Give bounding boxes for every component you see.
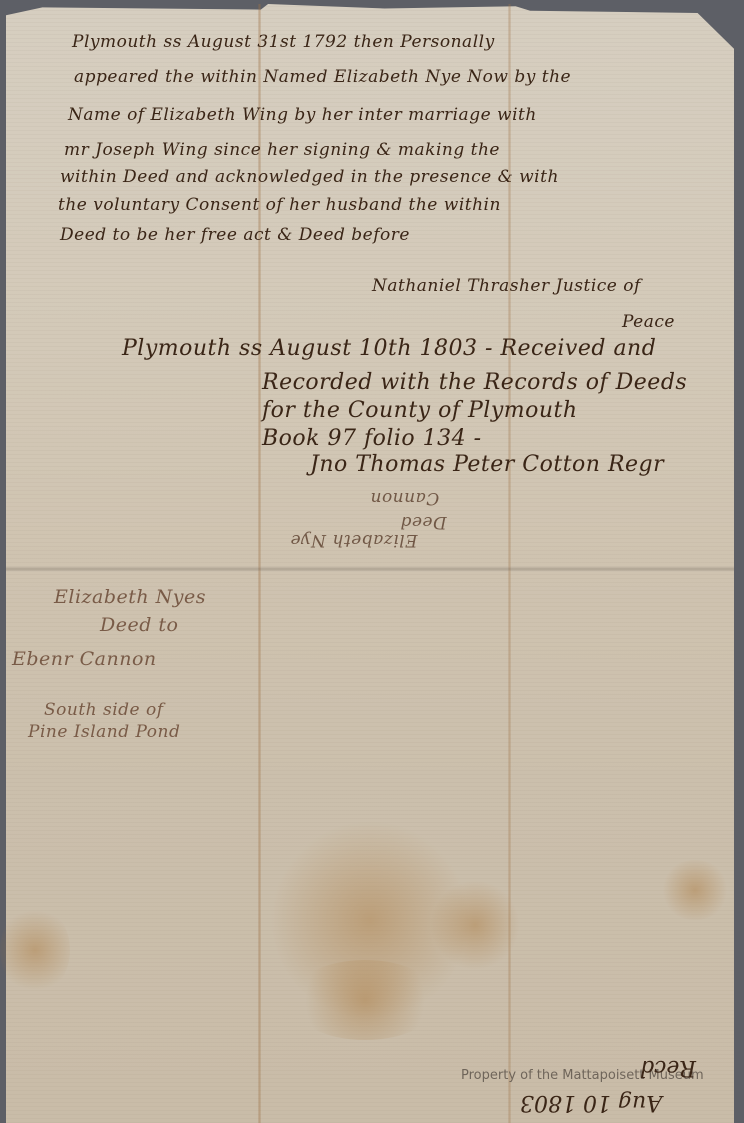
docket-line: Deed to [100, 614, 179, 636]
docket-line: Ebenr Cannon [12, 648, 157, 670]
justice-signature: Nathaniel Thrasher Justice of [372, 276, 641, 296]
ack-line: appeared the within Named Elizabeth Nye … [74, 67, 571, 87]
inverted-line: Deed [400, 512, 447, 532]
horizontal-fold [6, 566, 734, 572]
bottom-date-note: Aug 10 1803 [520, 1090, 662, 1115]
justice-title: Peace [622, 312, 675, 332]
ack-line: Name of Elizabeth Wing by her inter marr… [68, 105, 537, 125]
inverted-line: Elizabeth Nye [290, 530, 418, 550]
docket-line: South side of [44, 700, 164, 720]
docket-line: Elizabeth Nyes [54, 586, 206, 608]
stain [290, 960, 440, 1040]
ack-line: Plymouth ss August 31st 1792 then Person… [72, 32, 495, 52]
ack-line: the voluntary Consent of her husband the… [58, 195, 501, 215]
stain [660, 860, 730, 920]
received-mark: Recd [640, 1055, 696, 1080]
inverted-line: Cannon [370, 488, 439, 508]
register-signature: Jno Thomas Peter Cotton Regr [310, 452, 664, 477]
recording-line: Recorded with the Records of Deeds [262, 370, 687, 395]
recording-line: Plymouth ss August 10th 1803 - Received … [122, 336, 656, 361]
ack-line: Deed to be her free act & Deed before [60, 225, 410, 245]
recording-line: for the County of Plymouth [262, 398, 578, 423]
ack-line: within Deed and acknowledged in the pres… [60, 167, 559, 187]
stain [0, 905, 70, 995]
ack-line: mr Joseph Wing since her signing & makin… [64, 140, 500, 160]
stain [430, 880, 520, 970]
recording-line: Book 97 folio 134 - [262, 426, 482, 451]
docket-line: Pine Island Pond [28, 722, 180, 742]
